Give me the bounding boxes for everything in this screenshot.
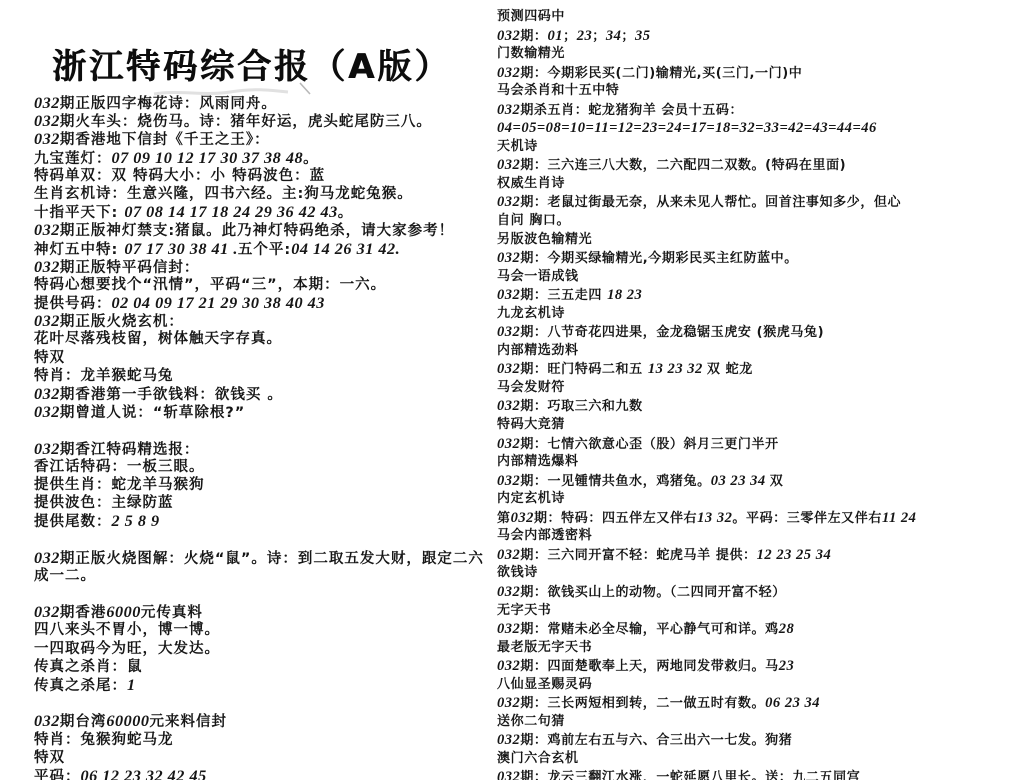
page-title: 浙江特码综合报（A版） — [52, 39, 451, 88]
text-line: 一四取码今为旺，大发达。 — [34, 640, 504, 658]
text-line: 九龙玄机诗 — [497, 305, 1022, 324]
text-line: 特码单双：双 特码大小：小 特码波色：蓝 — [34, 167, 504, 185]
right-text-column: 预测四码中032期：01；23；34；35门数输精光032期：今期彩民买(二门)… — [497, 8, 1022, 780]
text-line: 门数输精光 — [497, 45, 1022, 64]
text-line: 032期台湾60000元来料信封 — [34, 712, 504, 730]
text-line: 九宝莲灯：07 09 10 12 17 30 37 38 48。 — [34, 149, 504, 167]
text-line: 内部精选劲料 — [497, 342, 1022, 361]
text-line — [34, 585, 504, 603]
text-line: 032期香港第一手欲钱料：欲钱买 。 — [34, 385, 504, 403]
text-line: 特码心想要找个“汛情”，平码“三”，本期：一六。 — [34, 276, 504, 294]
text-line: 提供尾数：2 5 8 9 — [34, 512, 504, 530]
text-line: 最老版无字天书 — [497, 639, 1022, 658]
text-line: 032期：三五走四 18 23 — [497, 286, 1022, 305]
text-line: 提供波色：主绿防蓝 — [34, 494, 504, 512]
text-line: 花叶尽落残枝留，树体触天字存真。 — [34, 330, 504, 348]
text-line: 032期正版四字梅花诗：风雨同舟。 — [34, 94, 504, 112]
text-line: 预测四码中 — [497, 8, 1022, 27]
text-line: 032期香江特码精选报： — [34, 440, 504, 458]
text-line: 传真之杀肖：鼠 — [34, 658, 504, 676]
text-line: 特肖：龙羊猴蛇马兔 — [34, 367, 504, 385]
text-line: 特双 — [34, 349, 504, 367]
text-line: 香江话特码：一板三眼。 — [34, 458, 504, 476]
text-line: 内部精选爆料 — [497, 453, 1022, 472]
text-line: 032期：龙云三翻江水涨，一蛇延愿八里长。送：九二五同宫 — [497, 768, 1022, 780]
text-line: 成一二。 — [34, 567, 504, 585]
text-line: 送你二句猜 — [497, 713, 1022, 732]
text-line: 032期：一见锺情共鱼水，鸡猪兔。03 23 34 双 — [497, 472, 1022, 491]
text-line: 032期：老鼠过街最无奈，从来未见人帮忙。回首注事知多少，但心 — [497, 193, 1022, 212]
text-line: 032期正版火烧图解：火烧“鼠”。诗：到二取五发大财，跟定二六 — [34, 549, 504, 567]
text-line: 032期：三六同开富不轻：蛇虎马羊 提供：12 23 25 34 — [497, 546, 1022, 565]
text-line: 032期火车头：烧伤马。诗：猪年好运，虎头蛇尾防三八。 — [34, 112, 504, 130]
text-line: 032期：四面楚歌奉上天，两地同发带救归。马23 — [497, 657, 1022, 676]
text-line: 无字天书 — [497, 602, 1022, 621]
text-line — [34, 531, 504, 549]
text-line: 提供号码：02 04 09 17 21 29 30 38 40 43 — [34, 294, 504, 312]
text-line: 十指平天下: 07 08 14 17 18 24 29 36 42 43。 — [34, 203, 504, 221]
text-line — [34, 694, 504, 712]
left-text-column: 032期正版四字梅花诗：风雨同舟。032期火车头：烧伤马。诗：猪年好运，虎头蛇尾… — [34, 94, 504, 780]
text-line: 传真之杀尾：1 — [34, 676, 504, 694]
text-line: 032期正版神灯禁支:猪鼠。此乃神灯特码绝杀，请大家参考！ — [34, 221, 504, 239]
text-line: 提供生肖：蛇龙羊马猴狗 — [34, 476, 504, 494]
text-line: 权威生肖诗 — [497, 175, 1022, 194]
text-line: 欲钱诗 — [497, 564, 1022, 583]
text-line: 032期正版特平码信封： — [34, 258, 504, 276]
text-line: 032期曾道人说：“斩草除根?” — [34, 403, 504, 421]
text-line: 032期：八节奇花四进果，金龙稳锯玉虎安 (猴虎马兔) — [497, 323, 1022, 342]
text-line: 生肖玄机诗：生意兴隆，四书六经。主:狗马龙蛇兔猴。 — [34, 185, 504, 203]
text-line: 马会内部透密料 — [497, 527, 1022, 546]
text-line: 032期：今期买绿输精光,今期彩民买主红防蓝中。 — [497, 249, 1022, 268]
text-line: 平码：06 12 23 32 42 45 — [34, 767, 504, 780]
text-line: 天机诗 — [497, 138, 1022, 157]
text-line: 八仙显圣赐灵码 — [497, 676, 1022, 695]
text-line: 四八来头不胃小，博一博。 — [34, 621, 504, 639]
text-line: 自问 胸口。 — [497, 212, 1022, 231]
text-line: 马会发财符 — [497, 379, 1022, 398]
text-line: 032期：常赌未必全尽输，平心静气可和详。鸡28 — [497, 620, 1022, 639]
text-line: 另版波色输精光 — [497, 231, 1022, 250]
text-line: 032期：巧取三六和九数 — [497, 397, 1022, 416]
text-line: 032期：旺门特码二和五 13 23 32 双 蛇龙 — [497, 360, 1022, 379]
text-line — [34, 421, 504, 439]
text-line: 马会一语成钱 — [497, 268, 1022, 287]
text-line: 特码大竞猜 — [497, 416, 1022, 435]
text-line: 04=05=08=10=11=12=23=24=17=18=32=33=42=4… — [497, 119, 1022, 138]
text-line: 032期杀五肖：蛇龙猪狗羊 会员十五码： — [497, 101, 1022, 120]
text-line: 032期：01；23；34；35 — [497, 27, 1022, 46]
text-line: 032期香港地下信封《千王之王》： — [34, 130, 504, 148]
text-line: 神灯五中特: 07 17 30 38 41 .五个平:04 14 26 31 4… — [34, 240, 504, 258]
text-line: 032期：三六连三八大数，二六配四二双数。(特码在里面) — [497, 156, 1022, 175]
text-line: 032期正版火烧玄机： — [34, 312, 504, 330]
text-line: 澳门六合玄机 — [497, 750, 1022, 769]
text-line: 特双 — [34, 749, 504, 767]
text-line: 第032期：特码：四五伴左又伴右13 32。平码：三零伴左又伴右11 24 — [497, 509, 1022, 528]
text-line: 032期：七情六欲意心歪（股）斜月三更门半开 — [497, 435, 1022, 454]
text-line: 032期：鸡前左右五与六、合三出六一七发。狗猪 — [497, 731, 1022, 750]
text-line: 特肖：兔猴狗蛇马龙 — [34, 731, 504, 749]
text-line: 032期：三长两短相到转，二一做五时有数。06 23 34 — [497, 694, 1022, 713]
text-line: 内定玄机诗 — [497, 490, 1022, 509]
text-line: 马会杀肖和十五中特 — [497, 82, 1022, 101]
text-line: 032期香港6000元传真料 — [34, 603, 504, 621]
text-line: 032期：今期彩民买(二门)输精光,买(三门,一门)中 — [497, 64, 1022, 83]
text-line: 032期：欲钱买山上的动物。（二四同开富不轻） — [497, 583, 1022, 602]
